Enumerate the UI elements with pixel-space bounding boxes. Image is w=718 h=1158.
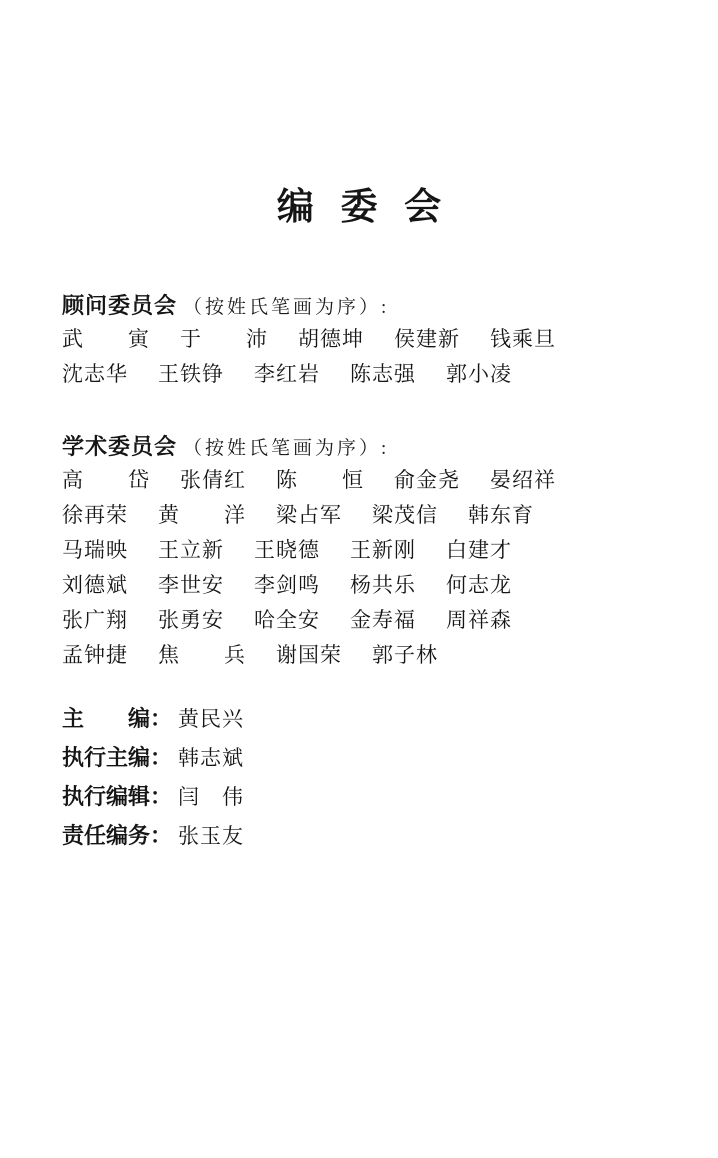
staff-row: 执行编辑：闫 伟 (62, 779, 688, 818)
member-name: 哈全安 (254, 603, 320, 638)
member-name: 马瑞映 (62, 533, 128, 568)
member-name: 沈志华 (62, 357, 128, 392)
member-name: 王新刚 (350, 533, 416, 568)
member-name: 钱乘旦 (490, 322, 556, 357)
member-name: 俞金尧 (394, 463, 460, 498)
member-name: 谢国荣 (276, 638, 342, 673)
editorial-staff-list: 主 编：黄民兴执行主编：韩志斌执行编辑：闫 伟责任编务：张玉友 (62, 701, 688, 857)
staff-role-label: 责任编务： (62, 823, 172, 848)
member-name: 白建才 (446, 533, 512, 568)
member-name-row: 高 岱张倩红陈 恒俞金尧晏绍祥 (62, 463, 688, 498)
member-name: 梁茂信 (372, 498, 438, 533)
member-name-row: 马瑞映王立新王晓德王新刚白建才 (62, 533, 688, 568)
member-name: 梁占军 (276, 498, 342, 533)
staff-row: 执行主编：韩志斌 (62, 740, 688, 779)
member-name-row: 张广翔张勇安哈全安金寿福周祥森 (62, 603, 688, 638)
member-name: 陈 恒 (276, 463, 364, 498)
member-name: 晏绍祥 (490, 463, 556, 498)
staff-person-name: 黄民兴 (178, 707, 244, 731)
academic-committee-section: 学术委员会 （按姓氏笔画为序）: 高 岱张倩红陈 恒俞金尧晏绍祥徐再荣黄 洋梁占… (62, 433, 688, 673)
advisory-member-list: 武 寅于 沛胡德坤侯建新钱乘旦沈志华王铁铮李红岩陈志强郭小凌 (62, 322, 688, 392)
page-content: 顾问委员会 （按姓氏笔画为序）: 武 寅于 沛胡德坤侯建新钱乘旦沈志华王铁铮李红… (0, 292, 718, 857)
member-name: 周祥森 (446, 603, 512, 638)
member-name: 于 沛 (180, 322, 268, 357)
academic-section-heading: 学术委员会 (62, 433, 177, 461)
page-title: 编委会 (0, 0, 718, 230)
member-name: 王铁铮 (158, 357, 224, 392)
academic-heading-row: 学术委员会 （按姓氏笔画为序）: (62, 433, 688, 463)
member-name: 高 岱 (62, 463, 150, 498)
member-name: 王晓德 (254, 533, 320, 568)
staff-role-label: 主 编： (62, 706, 172, 731)
staff-person-name: 张玉友 (178, 824, 244, 848)
advisory-committee-section: 顾问委员会 （按姓氏笔画为序）: 武 寅于 沛胡德坤侯建新钱乘旦沈志华王铁铮李红… (62, 292, 688, 392)
member-name: 陈志强 (350, 357, 416, 392)
staff-row: 主 编：黄民兴 (62, 701, 688, 740)
advisory-section-note: （按姓氏笔画为序）: (183, 294, 389, 322)
member-name-row: 武 寅于 沛胡德坤侯建新钱乘旦 (62, 322, 688, 357)
member-name: 李红岩 (254, 357, 320, 392)
staff-person-name: 闫 伟 (178, 785, 244, 809)
member-name-row: 沈志华王铁铮李红岩陈志强郭小凌 (62, 357, 688, 392)
staff-person-name: 韩志斌 (178, 746, 244, 770)
member-name-row: 孟钟捷焦 兵谢国荣郭子林 (62, 638, 688, 673)
advisory-heading-row: 顾问委员会 （按姓氏笔画为序）: (62, 292, 688, 322)
member-name: 王立新 (158, 533, 224, 568)
member-name: 张倩红 (180, 463, 246, 498)
member-name: 焦 兵 (158, 638, 246, 673)
member-name: 徐再荣 (62, 498, 128, 533)
member-name-row: 徐再荣黄 洋梁占军梁茂信韩东育 (62, 498, 688, 533)
member-name: 武 寅 (62, 322, 150, 357)
member-name-row: 刘德斌李世安李剑鸣杨共乐何志龙 (62, 568, 688, 603)
member-name: 张勇安 (158, 603, 224, 638)
member-name: 黄 洋 (158, 498, 246, 533)
member-name: 金寿福 (350, 603, 416, 638)
member-name: 韩东育 (468, 498, 534, 533)
member-name: 刘德斌 (62, 568, 128, 603)
member-name: 李剑鸣 (254, 568, 320, 603)
member-name: 李世安 (158, 568, 224, 603)
staff-role-label: 执行编辑： (62, 784, 172, 809)
member-name: 郭小凌 (446, 357, 512, 392)
staff-role-label: 执行主编： (62, 745, 172, 770)
member-name: 杨共乐 (350, 568, 416, 603)
member-name: 胡德坤 (298, 322, 364, 357)
staff-row: 责任编务：张玉友 (62, 818, 688, 857)
advisory-section-heading: 顾问委员会 (62, 292, 177, 320)
academic-member-list: 高 岱张倩红陈 恒俞金尧晏绍祥徐再荣黄 洋梁占军梁茂信韩东育马瑞映王立新王晓德王… (62, 463, 688, 673)
academic-section-note: （按姓氏笔画为序）: (183, 435, 389, 463)
member-name: 郭子林 (372, 638, 438, 673)
member-name: 张广翔 (62, 603, 128, 638)
member-name: 孟钟捷 (62, 638, 128, 673)
member-name: 侯建新 (394, 322, 460, 357)
member-name: 何志龙 (446, 568, 512, 603)
